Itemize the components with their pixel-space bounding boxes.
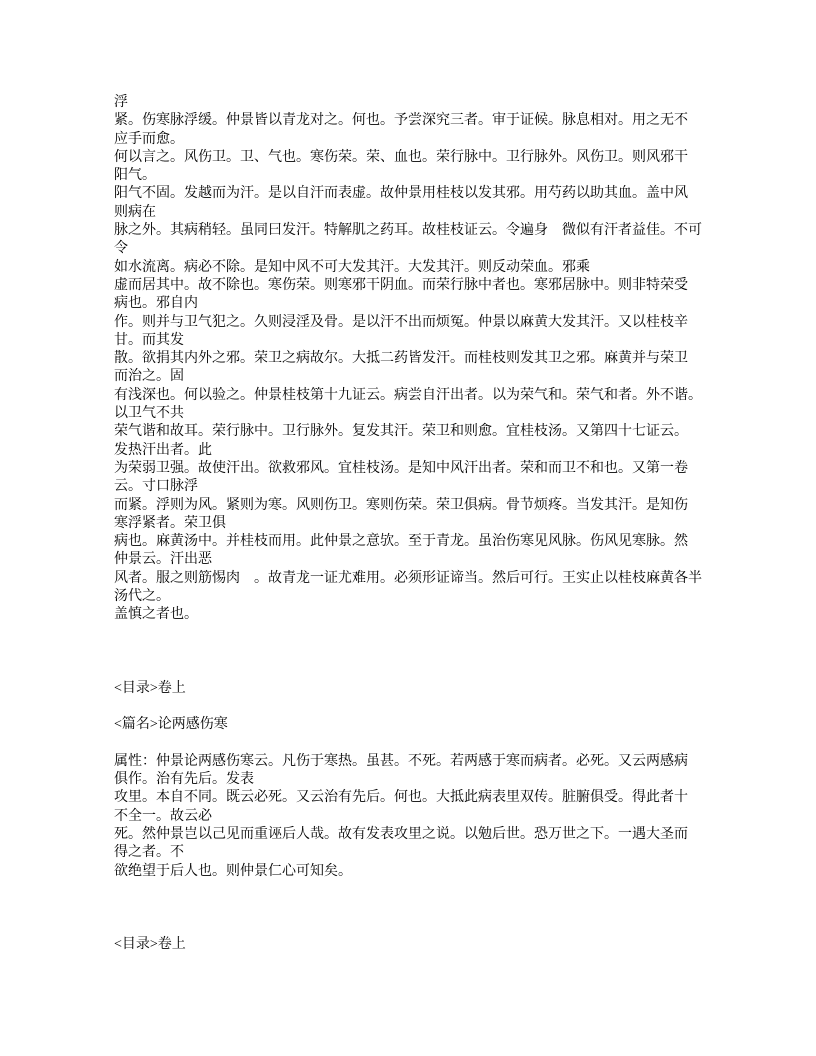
text-line: 有浅深也。何以验之。仲景桂枝第十九证云。病尝自汗出者。以为荣气和。荣气和者。外不… — [114, 387, 720, 405]
text-line: 汤代之。 — [114, 588, 720, 606]
text-line: 紧。伤寒脉浮缓。仲景皆以青龙对之。何也。予尝深究三者。审于证候。脉息相对。用之无… — [114, 112, 720, 130]
text-line: 死。然仲景岂以己见而重诬后人哉。故有发表攻里之说。以勉后世。恐万世之下。一遇大圣… — [114, 826, 720, 844]
text-line: 而治之。固 — [114, 368, 720, 386]
text-line: 如水流离。病必不除。是知中风不可大发其汗。大发其汗。则反动荣血。邪乘 — [114, 259, 720, 277]
text-line: 以卫气不共 — [114, 405, 720, 423]
chapter-title-heading: <篇名>论两感伤寒 — [114, 716, 720, 734]
essay-text-part-1: 浮紧。伤寒脉浮缓。仲景皆以青龙对之。何也。予尝深究三者。审于证候。脉息相对。用之… — [114, 94, 720, 625]
text-line: 令 — [114, 240, 720, 258]
text-line: 而紧。浮则为风。紧则为寒。风则伤卫。寒则伤荣。荣卫俱病。骨节烦疼。当发其汗。是知… — [114, 497, 720, 515]
text-line: 攻里。本自不同。既云必死。又云治有先后。何也。大抵此病表里双传。脏腑俱受。得此者… — [114, 789, 720, 807]
text-line: 得之者。不 — [114, 844, 720, 862]
text-line: 俱作。治有先后。发表 — [114, 771, 720, 789]
toc-volume-heading-top: <目录>卷上 — [114, 680, 720, 698]
document-page: 浮紧。伤寒脉浮缓。仲景皆以青龙对之。何也。予尝深究三者。审于证候。脉息相对。用之… — [0, 0, 816, 1056]
text-line: 病也。麻黄汤中。并桂枝而用。此仲景之意欤。至于青龙。虽治伤寒见风脉。伤风见寒脉。… — [114, 533, 720, 551]
text-line: 阳气不固。发越而为汗。是以自汗而表虚。故仲景用桂枝以发其邪。用芍药以助其血。盖中… — [114, 185, 720, 203]
essay-text-part-2: 属性：仲景论两感伤寒云。凡伤于寒热。虽甚。不死。若两感于寒而病者。必死。又云两感… — [114, 753, 720, 881]
text-line: 风者。服之则筋惕肉 。故青龙一证尤难用。必须形证谛当。然后可行。王实止以桂枝麻黄… — [114, 570, 720, 588]
text-line: 荣气谐和故耳。荣行脉中。卫行脉外。复发其汗。荣卫和则愈。宜桂枝汤。又第四十七证云… — [114, 423, 720, 441]
text-line: 仲景云。汗出恶 — [114, 551, 720, 569]
text-line: 为荣弱卫强。故使汗出。欲救邪风。宜桂枝汤。是知中风汗出者。荣和而卫不和也。又第一… — [114, 460, 720, 478]
text-line: 寒浮紧者。荣卫俱 — [114, 515, 720, 533]
text-line: 发热汗出者。此 — [114, 442, 720, 460]
text-line: 阳气。 — [114, 167, 720, 185]
text-line: 不全一。故云必 — [114, 808, 720, 826]
text-line: 则病在 — [114, 204, 720, 222]
text-line: 作。则并与卫气犯之。久则浸淫及骨。是以汗不出而烦冤。仲景以麻黄大发其汗。又以桂枝… — [114, 314, 720, 332]
toc-volume-heading-bottom: <目录>卷上 — [114, 936, 720, 954]
text-line: 欲绝望于后人也。则仲景仁心可知矣。 — [114, 863, 720, 881]
text-line: 盖慎之者也。 — [114, 606, 720, 624]
text-line: 虚而居其中。故不除也。寒伤荣。则寒邪干阴血。而荣行脉中者也。寒邪居脉中。则非特荣… — [114, 277, 720, 295]
text-line: 病也。邪自内 — [114, 295, 720, 313]
text-line: 何以言之。风伤卫。卫、气也。寒伤荣。荣、血也。荣行脉中。卫行脉外。风伤卫。则风邪… — [114, 149, 720, 167]
text-line: 云。寸口脉浮 — [114, 478, 720, 496]
text-line: 浮 — [114, 94, 720, 112]
text-line: 脉之外。其病稍轻。虽同曰发汗。特解肌之药耳。故桂枝证云。令遍身 微似有汗者益佳。… — [114, 222, 720, 240]
text-line: 散。欲捐其内外之邪。荣卫之病故尔。大抵二药皆发汗。而桂枝则发其卫之邪。麻黄并与荣… — [114, 350, 720, 368]
text-line: 应手而愈。 — [114, 131, 720, 149]
text-line: 甘。而其发 — [114, 332, 720, 350]
text-line: 属性：仲景论两感伤寒云。凡伤于寒热。虽甚。不死。若两感于寒而病者。必死。又云两感… — [114, 753, 720, 771]
